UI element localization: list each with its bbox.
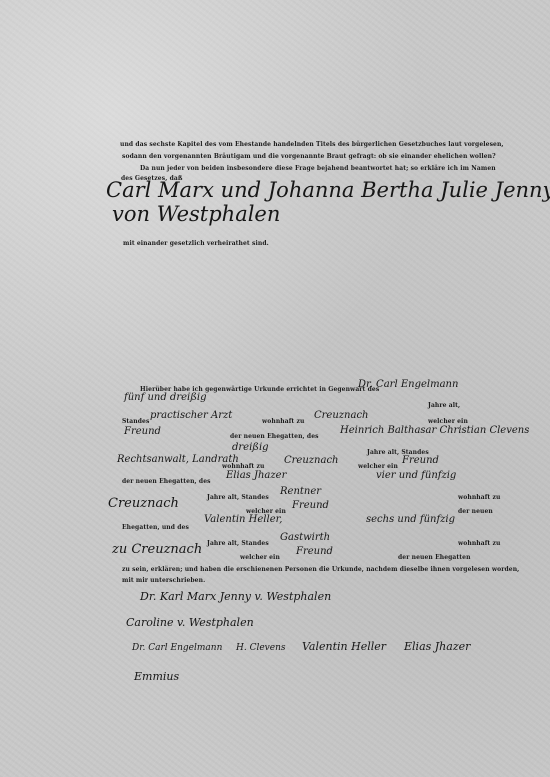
label-jahre-standes-4: Jahre alt, Standes: [207, 540, 269, 547]
print-married-closing: mit einander gesetzlich verheirathet sin…: [123, 240, 269, 247]
signature-emmius: Emmius: [134, 670, 179, 683]
witness2-occupation: Rechtsanwalt, Landrath: [117, 454, 239, 465]
witness4-age: sechs und fünfzig: [366, 514, 455, 525]
label-der-neuen-3: der neuen: [458, 508, 493, 515]
label-welcher-ein-1: welcher ein: [428, 418, 468, 425]
signature-caroline-westphalen: Caroline v. Westphalen: [126, 616, 254, 629]
label-neuen-ehegatten-2: der neuen Ehegatten, des: [122, 478, 211, 485]
witness1-occupation: practischer Arzt: [150, 410, 232, 421]
witness1-relation: Freund: [124, 426, 161, 437]
handwritten-surname-line: von Westphalen: [112, 202, 280, 226]
label-neuen-ehegatten-1: der neuen Ehegatten, des: [230, 433, 319, 440]
print-closing-2: mit mir unterschrieben.: [122, 577, 205, 584]
witness4-name: Valentin Heller,: [204, 514, 282, 525]
witness2-name: Heinrich Balthasar Christian Clevens: [340, 425, 529, 436]
witness4-relation: Freund: [296, 546, 333, 557]
witness2-residence: Creuznach: [284, 455, 339, 466]
signature-marx-westphalen: Dr. Karl Marx Jenny v. Westphalen: [140, 590, 331, 603]
witness2-relation: Freund: [402, 455, 439, 466]
print-closing-1: zu sein, erklären; und haben die erschie…: [122, 566, 519, 573]
label-welcher-ein-4: welcher ein: [240, 554, 280, 561]
marriage-certificate-page: und das sechste Kapitel des vom Ehestand…: [0, 0, 550, 777]
label-standes-1: Standes: [122, 418, 149, 425]
label-ehegatten-und-des: Ehegatten, und des: [122, 524, 189, 531]
handwritten-couple-names: Carl Marx und Johanna Bertha Julie Jenny: [106, 178, 550, 202]
signature-clevens: H. Clevens: [236, 643, 286, 653]
witness4-residence: zu Creuznach: [112, 542, 202, 557]
label-neuen-ehegatten-4: der neuen Ehegatten: [398, 554, 471, 561]
label-wohnhaft-2: wohnhaft zu: [222, 463, 264, 470]
witness4-occupation: Gastwirth: [280, 532, 330, 543]
witness2-age: dreißig: [232, 442, 269, 453]
witness1-name: Dr. Carl Engelmann: [358, 379, 458, 390]
print-line-3: Da nun jeder von beiden insbesondere die…: [140, 165, 496, 172]
witness1-residence: Creuznach: [314, 410, 369, 421]
signature-jhazer: Elias Jhazer: [404, 640, 470, 653]
signature-engelmann: Dr. Carl Engelmann: [132, 643, 222, 653]
print-line-2: sodann den vorgenannten Bräutigam und di…: [122, 153, 496, 160]
print-line-1: und das sechste Kapitel des vom Ehestand…: [120, 141, 504, 148]
label-jahre-alt-1: Jahre alt,: [428, 402, 460, 409]
witness3-age: vier und fünfzig: [376, 470, 456, 481]
signature-heller: Valentin Heller: [302, 640, 386, 653]
witness3-residence: Creuznach: [108, 496, 179, 511]
label-wohnhaft-1: wohnhaft zu: [262, 418, 304, 425]
witness3-relation: Freund: [292, 500, 329, 511]
witness3-occupation: Rentner: [280, 486, 321, 497]
label-wohnhaft-3: wohnhaft zu: [458, 494, 500, 501]
label-wohnhaft-4: wohnhaft zu: [458, 540, 500, 547]
label-welcher-ein-2: welcher ein: [358, 463, 398, 470]
witness3-name: Elias Jhazer: [226, 470, 286, 481]
label-jahre-standes-3: Jahre alt, Standes: [207, 494, 269, 501]
witness1-age: fünf und dreißig: [124, 392, 207, 403]
